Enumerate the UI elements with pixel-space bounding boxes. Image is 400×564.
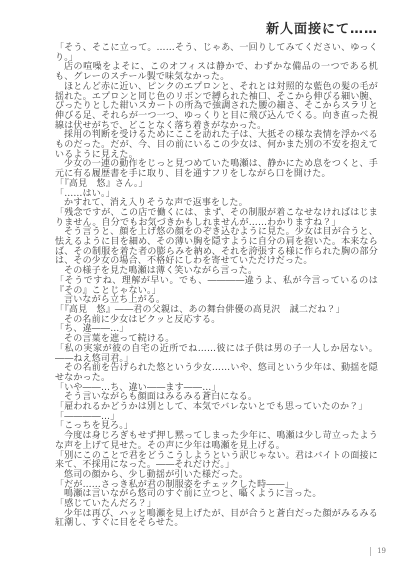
page-title: 新人面接にて…… xyxy=(55,22,378,38)
paragraph: 少年は再び、ハッと鳴瀬を見上げたが、目が合うと蒼白だった顔がみるみる紅潮し、すぐ… xyxy=(55,510,378,529)
paragraph: 「別にこのことで君をどうこうしようという訳じゃない。君はバイトの面接に来て、不採… xyxy=(55,452,378,471)
paragraph: 「そうですね、理解が早い。でも、――――違うよ、私が今言っているのは『その』こと… xyxy=(55,277,378,296)
paragraph: 採用の判断を受けるためにここを訪れた子は、大抵その様な表情を浮かべるものだった。… xyxy=(55,131,378,160)
page-number: 19 xyxy=(370,547,386,556)
paragraph: 今度は身じろぎもせず押し黙ってしまった少年に、鳴瀬は少し苛立ったような声を上げて… xyxy=(55,432,378,451)
text-column: 新人面接にて…… 「そう、そこに立って。……そう、じゃあ、一回りしてみてください… xyxy=(55,22,378,529)
book-page: 新人面接にて…… 「そう、そこに立って。……そう、じゃあ、一回りしてみてください… xyxy=(0,0,400,564)
paragraph: そう言うと、顔を上げ悠の顔をのぞき込むように見た。少女は目が合うと、怯えるように… xyxy=(55,228,378,267)
paragraph: 少女の一連の動作をじっと見つめていた鳴瀬は、静かにため息をつくと、手元に有る履歴… xyxy=(55,160,378,179)
paragraph: 「残念ですが、この店で働くには、まず、その制服が着こなせなければはじまりません。… xyxy=(55,209,378,228)
paragraph: その名前を告げられた悠という少女……いや、悠司という少年は、動揺を隠せなかった。 xyxy=(55,364,378,383)
paragraph: 「そう、そこに立って。……そう、じゃあ、一回りしてみてください、ゆっくり。」 xyxy=(55,44,378,63)
body-text: 「そう、そこに立って。……そう、じゃあ、一回りしてみてください、ゆっくり。」店の… xyxy=(55,44,378,529)
paragraph: 「私の実家が彼の自宅の近所でね……彼には子供は男の子一人しか居ない。――ねえ悠司… xyxy=(55,345,378,364)
paragraph: ほとんど赤に近い、ピンクのエプロンと、それとは対照的な藍色の髪の毛が揺れた。エプ… xyxy=(55,83,378,132)
paragraph: 店の喧噪をよそに、このオフィスは静かで、わずかな備品の一つである机も、グレーのス… xyxy=(55,63,378,82)
